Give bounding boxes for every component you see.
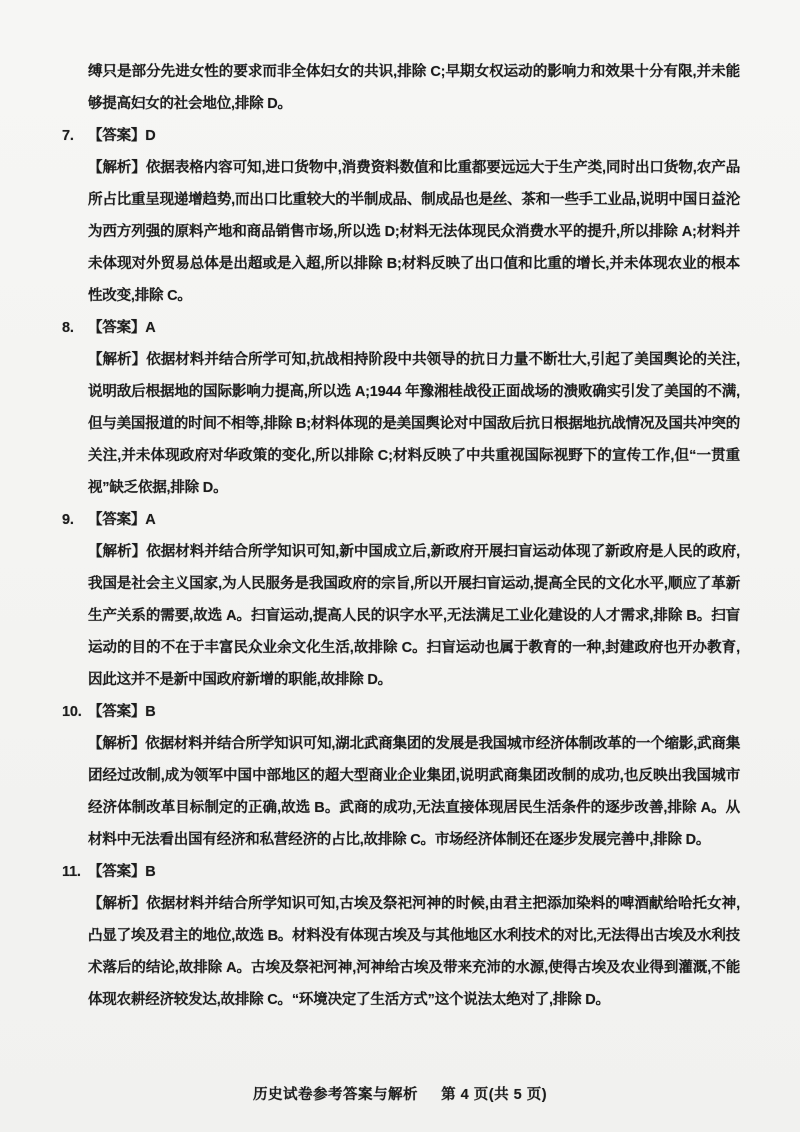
answer-item-8: 8.【答案】A 【解析】依据材料并结合所学可知,抗战相持阶段中共领导的抗日力量不… — [88, 312, 740, 504]
analysis-label: 【解析】 — [88, 544, 146, 560]
analysis-text: 依据材料并结合所学知识可知,湖北武商集团的发展是我国城市经济体制改革的一个缩影,… — [88, 736, 740, 848]
answer-line: 9.【答案】A — [88, 504, 740, 536]
footer-page-number: 第 4 页(共 5 页) — [441, 1087, 547, 1103]
analysis-paragraph: 【解析】依据材料并结合所学可知,抗战相持阶段中共领导的抗日力量不断壮大,引起了美… — [88, 344, 740, 504]
answer-label: 【答案】 — [88, 864, 145, 880]
question-number: 7. — [62, 120, 74, 152]
analysis-label: 【解析】 — [88, 896, 146, 912]
footer-title: 历史试卷参考答案与解析 — [253, 1087, 418, 1103]
analysis-paragraph: 【解析】依据材料并结合所学知识可知,湖北武商集团的发展是我国城市经济体制改革的一… — [88, 728, 740, 856]
analysis-paragraph: 【解析】依据表格内容可知,进口货物中,消费资料数值和比重都要远远大于生产类,同时… — [88, 152, 740, 312]
document-page: 缚只是部分先进女性的要求而非全体妇女的共识,排除 C;早期女权运动的影响力和效果… — [0, 0, 800, 1132]
answer-line: 7.【答案】D — [88, 120, 740, 152]
answer-item-11: 11.【答案】B 【解析】依据材料并结合所学知识可知,古埃及祭祀河神的时候,由君… — [88, 856, 740, 1016]
analysis-paragraph: 【解析】依据材料并结合所学知识可知,古埃及祭祀河神的时候,由君主把添加染料的啤酒… — [88, 888, 740, 1016]
answer-line: 11.【答案】B — [88, 856, 740, 888]
answer-item-10: 10.【答案】B 【解析】依据材料并结合所学知识可知,湖北武商集团的发展是我国城… — [88, 696, 740, 856]
question-number: 8. — [62, 312, 74, 344]
analysis-paragraph: 【解析】依据材料并结合所学知识可知,新中国成立后,新政府开展扫盲运动体现了新政府… — [88, 536, 740, 696]
answer-label: 【答案】 — [88, 512, 145, 528]
page-footer: 历史试卷参考答案与解析第 4 页(共 5 页) — [0, 1084, 800, 1106]
answer-letter: D — [145, 128, 155, 144]
answer-letter: B — [145, 864, 155, 880]
answer-item-7: 7.【答案】D 【解析】依据表格内容可知,进口货物中,消费资料数值和比重都要远远… — [88, 120, 740, 312]
analysis-text: 依据表格内容可知,进口货物中,消费资料数值和比重都要远远大于生产类,同时出口货物… — [88, 160, 740, 304]
continuation-paragraph: 缚只是部分先进女性的要求而非全体妇女的共识,排除 C;早期女权运动的影响力和效果… — [88, 56, 740, 120]
answer-label: 【答案】 — [88, 320, 145, 336]
analysis-label: 【解析】 — [88, 352, 146, 368]
analysis-label: 【解析】 — [88, 160, 146, 176]
answer-letter: A — [145, 320, 155, 336]
question-number: 10. — [62, 696, 82, 728]
question-number: 11. — [62, 856, 81, 888]
analysis-text: 依据材料并结合所学知识可知,古埃及祭祀河神的时候,由君主把添加染料的啤酒献给哈托… — [88, 896, 740, 1008]
question-number: 9. — [62, 504, 74, 536]
answer-line: 8.【答案】A — [88, 312, 740, 344]
analysis-text: 依据材料并结合所学知识可知,新中国成立后,新政府开展扫盲运动体现了新政府是人民的… — [88, 544, 740, 688]
answer-label: 【答案】 — [88, 128, 145, 144]
analysis-label: 【解析】 — [88, 736, 145, 752]
analysis-text: 依据材料并结合所学可知,抗战相持阶段中共领导的抗日力量不断壮大,引起了美国舆论的… — [88, 352, 740, 496]
answer-letter: B — [145, 704, 155, 720]
answer-item-9: 9.【答案】A 【解析】依据材料并结合所学知识可知,新中国成立后,新政府开展扫盲… — [88, 504, 740, 696]
answer-label: 【答案】 — [88, 704, 145, 720]
answer-line: 10.【答案】B — [88, 696, 740, 728]
answer-letter: A — [145, 512, 155, 528]
